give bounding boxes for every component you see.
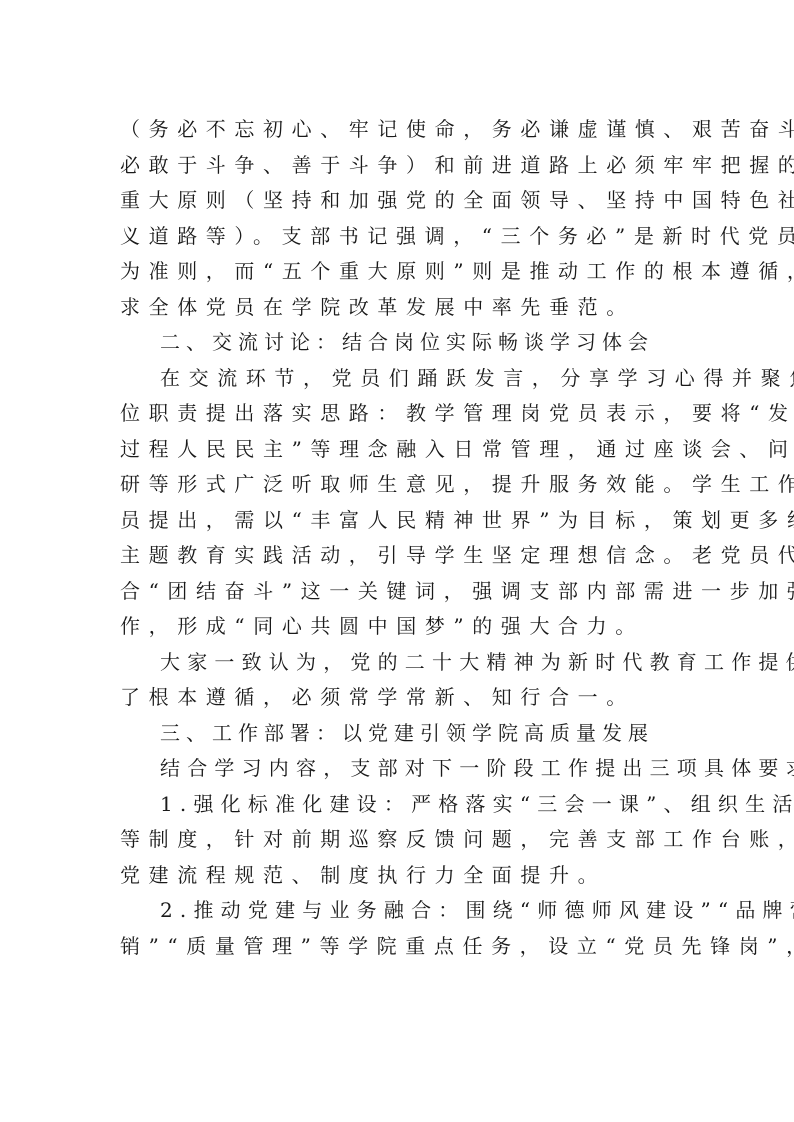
list-item-integration: 2.推动党建与业务融合：围绕“师德师风建设”“品牌营 销”“质量管理”等学院重点… xyxy=(120,893,686,964)
document-page: （务必不忘初心、牢记使命，务必谦虚谨慎、艰苦奋斗，务 必敢于斗争、善于斗争）和前… xyxy=(0,0,794,1122)
text-line: 过程人民民主”等理念融入日常管理，通过座谈会、问卷调 xyxy=(120,432,686,468)
paragraph-consensus: 大家一致认为，党的二十大精神为新时代教育工作提供 了根本遵循，必须常学常新、知行… xyxy=(120,645,686,716)
text-line: 大家一致认为，党的二十大精神为新时代教育工作提供 xyxy=(120,645,686,681)
text-line: 研等形式广泛听取师生意见，提升服务效能。学生工作岗党 xyxy=(120,467,686,503)
text-line: 义道路等）。支部书记强调，“三个务必”是新时代党员的行 xyxy=(120,219,686,255)
text-line: 等制度，针对前期巡察反馈问题，完善支部工作台账，确保 xyxy=(120,822,686,858)
text-line: （务必不忘初心、牢记使命，务必谦虚谨慎、艰苦奋斗，务 xyxy=(120,112,686,148)
text-line: 党建流程规范、制度执行力全面提升。 xyxy=(120,858,686,894)
text-line: 了根本遵循，必须常学常新、知行合一。 xyxy=(120,680,686,716)
heading-line: 三、工作部署：以党建引领学院高质量发展 xyxy=(120,716,686,752)
list-item-standardization: 1.强化标准化建设：严格落实“三会一课”、组织生活会 等制度，针对前期巡察反馈问… xyxy=(120,787,686,894)
section-heading-discussion: 二、交流讨论：结合岗位实际畅谈学习体会 xyxy=(120,325,686,361)
text-line: 作，形成“同心共圆中国梦”的强大合力。 xyxy=(120,609,686,645)
text-line: 员提出，需以“丰富人民精神世界”为目标，策划更多红色 xyxy=(120,503,686,539)
text-line: 位职责提出落实思路：教学管理岗党员表示，要将“发展全 xyxy=(120,396,686,432)
text-line: 在交流环节，党员们踊跃发言，分享学习心得并聚焦岗 xyxy=(120,361,686,397)
document-body: （务必不忘初心、牢记使命，务必谦虚谨慎、艰苦奋斗，务 必敢于斗争、善于斗争）和前… xyxy=(120,112,686,964)
heading-line: 二、交流讨论：结合岗位实际畅谈学习体会 xyxy=(120,325,686,361)
paragraph-discussion: 在交流环节，党员们踊跃发言，分享学习心得并聚焦岗 位职责提出落实思路：教学管理岗… xyxy=(120,361,686,645)
text-line: 1.强化标准化建设：严格落实“三会一课”、组织生活会 xyxy=(120,787,686,823)
text-line: 结合学习内容，支部对下一阶段工作提出三项具体要求： xyxy=(120,751,686,787)
paragraph-requirements-intro: 结合学习内容，支部对下一阶段工作提出三项具体要求： xyxy=(120,751,686,787)
text-line: 销”“质量管理”等学院重点任务，设立“党员先锋岗”，开 xyxy=(120,929,686,965)
text-line: 必敢于斗争、善于斗争）和前进道路上必须牢牢把握的五个 xyxy=(120,148,686,184)
text-line: 主题教育实践活动，引导学生坚定理想信念。老党员代表结 xyxy=(120,538,686,574)
text-line: 为准则，而“五个重大原则”则是推动工作的根本遵循，要 xyxy=(120,254,686,290)
text-line: 2.推动党建与业务融合：围绕“师德师风建设”“品牌营 xyxy=(120,893,686,929)
paragraph-principles: （务必不忘初心、牢记使命，务必谦虚谨慎、艰苦奋斗，务 必敢于斗争、善于斗争）和前… xyxy=(120,112,686,325)
section-heading-deployment: 三、工作部署：以党建引领学院高质量发展 xyxy=(120,716,686,752)
text-line: 合“团结奋斗”这一关键词，强调支部内部需进一步加强协 xyxy=(120,574,686,610)
text-line: 求全体党员在学院改革发展中率先垂范。 xyxy=(120,290,686,326)
text-line: 重大原则（坚持和加强党的全面领导、坚持中国特色社会主 xyxy=(120,183,686,219)
